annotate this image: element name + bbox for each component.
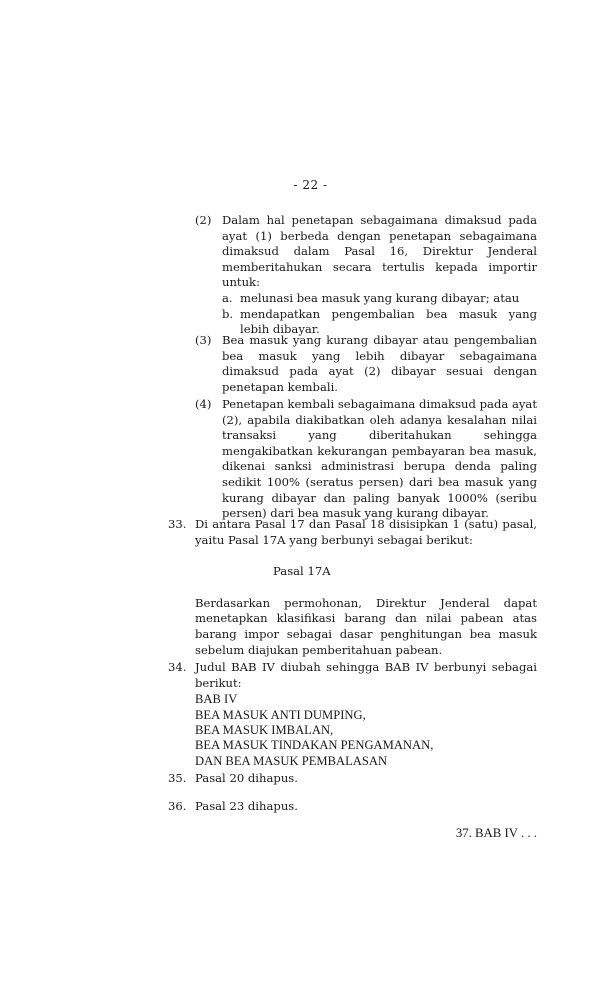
bab-heading-block: BAB IV BEA MASUK ANTI DUMPING, BEA MASUK… bbox=[195, 692, 537, 769]
item-number: 36. bbox=[168, 799, 186, 815]
ayat-3: (3) Bea masuk yang kurang dibayar atau p… bbox=[168, 333, 537, 395]
item-text: Di antara Pasal 17 dan Pasal 18 disisipk… bbox=[195, 517, 537, 548]
ayat-number: (4) bbox=[195, 397, 211, 413]
continuation-marker: 37. BAB IV . . . bbox=[456, 826, 537, 842]
ayat-text: Dalam hal penetapan sebagaimana dimaksud… bbox=[222, 213, 537, 291]
item-35: 35. Pasal 20 dihapus. bbox=[168, 771, 537, 787]
bab-heading-line: DAN BEA MASUK PEMBALASAN bbox=[195, 754, 537, 769]
ayat-4: (4) Penetapan kembali sebagaimana dimaks… bbox=[168, 397, 537, 522]
item-33: 33. Di antara Pasal 17 dan Pasal 18 disi… bbox=[168, 517, 537, 658]
item-number: 35. bbox=[168, 771, 186, 787]
item-text: Pasal 20 dihapus. bbox=[195, 771, 537, 787]
item-34: 34. Judul BAB IV diubah sehingga BAB IV … bbox=[168, 660, 537, 769]
sub-item-text: melunasi bea masuk yang kurang dibayar; … bbox=[240, 291, 537, 307]
pasal-text: Berdasarkan permohonan, Direktur Jendera… bbox=[195, 596, 537, 658]
item-number: 34. bbox=[168, 660, 186, 676]
item-text: Pasal 23 dihapus. bbox=[195, 799, 537, 815]
item-text: Judul BAB IV diubah sehingga BAB IV berb… bbox=[195, 660, 537, 691]
pasal-heading: Pasal 17A bbox=[195, 564, 537, 580]
ayat-number: (2) bbox=[195, 213, 211, 229]
item-36: 36. Pasal 23 dihapus. bbox=[168, 799, 537, 815]
ayat-text: Penetapan kembali sebagaimana dimaksud p… bbox=[222, 397, 537, 522]
sub-item-a: a. melunasi bea masuk yang kurang dibaya… bbox=[222, 291, 537, 307]
sub-item-letter: b. bbox=[222, 307, 233, 323]
bab-heading-line: BEA MASUK ANTI DUMPING, bbox=[195, 708, 537, 723]
bab-heading-line: BEA MASUK TINDAKAN PENGAMANAN, bbox=[195, 738, 537, 753]
sub-list: a. melunasi bea masuk yang kurang dibaya… bbox=[222, 291, 537, 338]
item-number: 33. bbox=[168, 517, 186, 533]
ayat-text: Bea masuk yang kurang dibayar atau penge… bbox=[222, 333, 537, 395]
bab-heading-line: BEA MASUK IMBALAN, bbox=[195, 723, 537, 738]
ayat-2: (2) Dalam hal penetapan sebagaimana dima… bbox=[168, 213, 537, 338]
page-number: - 22 - bbox=[0, 178, 607, 194]
ayat-number: (3) bbox=[195, 333, 211, 349]
sub-item-letter: a. bbox=[222, 291, 233, 307]
bab-heading-line: BAB IV bbox=[195, 692, 537, 707]
